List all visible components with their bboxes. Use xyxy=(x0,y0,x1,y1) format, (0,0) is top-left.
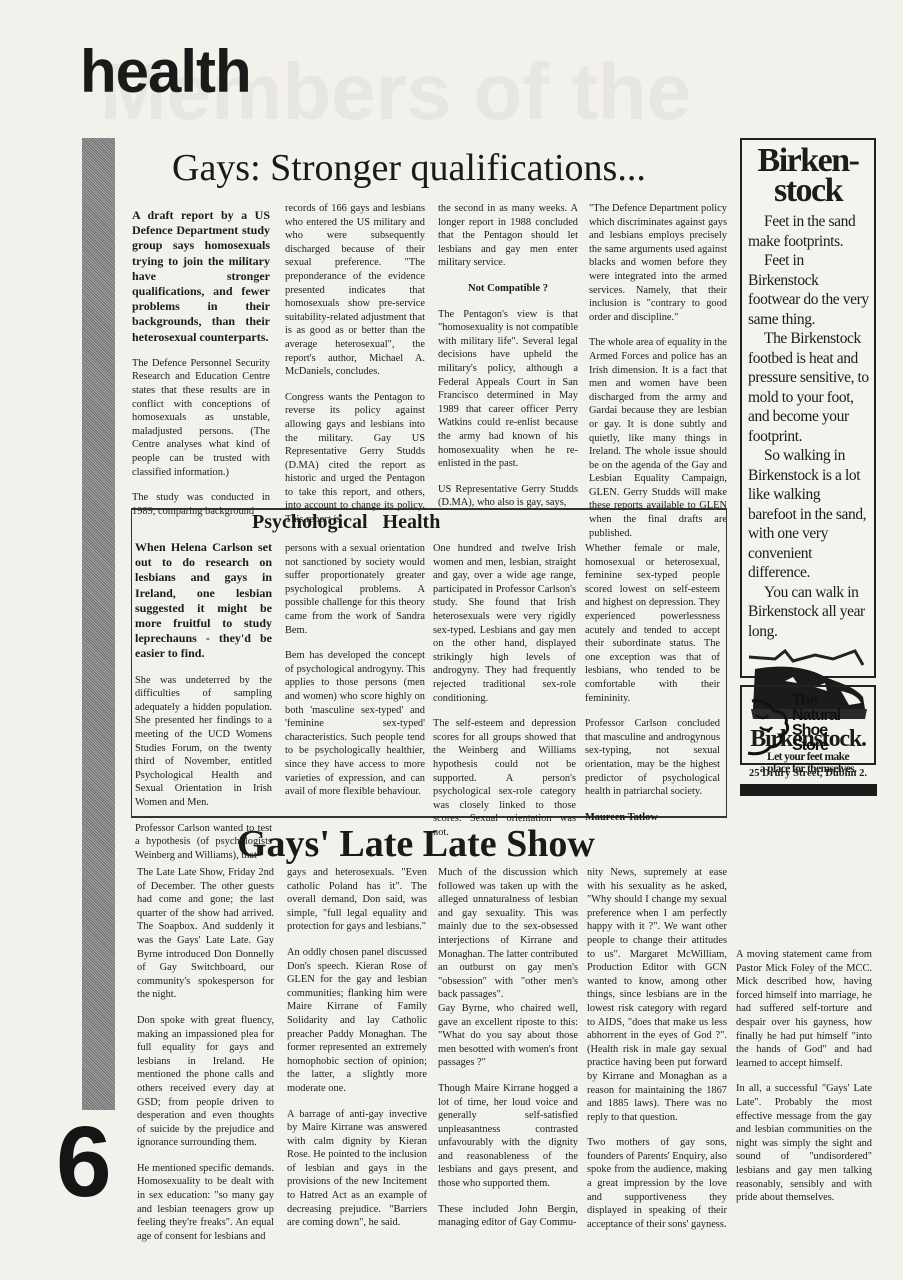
ad-paragraph: So walking in Birkenstock is a lot like … xyxy=(748,446,869,583)
paragraph: An oddly chosen panel discussed Don's sp… xyxy=(287,946,427,1096)
article-show-col-4: nity News, supremely at ease with his se… xyxy=(587,866,727,1243)
paragraph: A moving statement came from Pastor Mick… xyxy=(736,948,872,1070)
paragraph: The Late Late Show, Friday 2nd of Decemb… xyxy=(137,866,274,1002)
foot-face-logo-icon xyxy=(746,697,792,757)
paragraph: He mentioned specific demands. Homosexua… xyxy=(137,1162,274,1244)
paragraph: the second in as many weeks. A longer re… xyxy=(438,202,578,270)
paragraph: Don spoke with great fluency, making an … xyxy=(137,1014,274,1150)
paragraph: gays and heterosexuals. "Even catholic P… xyxy=(287,866,427,934)
article-military-col-3: the second in as many weeks. A longer re… xyxy=(438,202,578,522)
article-headline-late-late-show: Gays' Late Late Show xyxy=(237,822,595,866)
article-headline-psych: Psychological Health xyxy=(252,511,440,534)
article-show-col-3: Much of the discussion which followed wa… xyxy=(438,866,578,1242)
paragraph: US Representative Gerry Studds (D.MA), w… xyxy=(438,483,578,510)
section-label: health xyxy=(80,42,251,102)
paragraph: Though Maire Kirrane hogged a lot of tim… xyxy=(438,1082,578,1191)
article-psych-col-2: persons with a sexual orientation not sa… xyxy=(285,542,425,811)
article-show-col-1: The Late Late Show, Friday 2nd of Decemb… xyxy=(137,866,274,1255)
natural-shoe-store-advertisement: The Natural Shoe Store xyxy=(740,685,876,765)
article-show-col-5: A moving statement came from Pastor Mick… xyxy=(736,948,872,1217)
article-military-col-2: records of 166 gays and lesbians who ent… xyxy=(285,202,425,539)
paragraph: nity News, supremely at ease with his se… xyxy=(587,866,727,1124)
brand-line-2: stock xyxy=(742,176,874,206)
article-headline-military: Gays: Stronger qualifications... xyxy=(172,146,646,190)
ad-brand-logo: Birken- stock xyxy=(742,146,874,206)
shop-name-line: Shoe xyxy=(792,723,840,738)
shop-name-line: Store xyxy=(792,738,840,753)
paragraph: Gay Byrne, who chaired well, gave an exc… xyxy=(438,1002,578,1070)
shop-name: The Natural Shoe Store xyxy=(792,693,840,753)
paragraph: Much of the discussion which followed wa… xyxy=(438,866,578,1002)
article-psych-col-3: One hundred and twelve Irish women and m… xyxy=(433,542,576,851)
paragraph: In all, a successful "Gays' Late Late". … xyxy=(736,1082,872,1204)
paragraph: These included John Bergin, managing edi… xyxy=(438,1203,578,1230)
byline: Maureen Tatlow xyxy=(585,811,720,825)
paragraph: persons with a sexual orientation not sa… xyxy=(285,542,425,637)
paragraph: "The Defence Department policy which dis… xyxy=(589,202,727,324)
article-show-col-2: gays and heterosexuals. "Even catholic P… xyxy=(287,866,427,1242)
paragraph: Two mothers of gay sons, founders of Par… xyxy=(587,1136,727,1231)
article-military-col-4: "The Defence Department policy which dis… xyxy=(589,202,727,552)
paragraph: The Pentagon's view is that "homosexuali… xyxy=(438,308,578,471)
paragraph: Bem has developed the concept of psychol… xyxy=(285,649,425,799)
shop-name-line: Natural xyxy=(792,708,840,723)
decorative-halftone-stripe xyxy=(82,138,115,1110)
paragraph: records of 166 gays and lesbians who ent… xyxy=(285,202,425,379)
paragraph: The Defence Personnel Security Research … xyxy=(132,357,270,479)
article-lead: A draft report by a US Defence Departmen… xyxy=(132,208,270,345)
article-military-col-1: A draft report by a US Defence Departmen… xyxy=(132,208,270,530)
birkenstock-advertisement: Birken- stock Feet in the sand make foot… xyxy=(740,138,876,678)
ad-paragraph: You can walk in Birkenstock all year lon… xyxy=(748,583,869,642)
article-lead: When Helena Carlson set out to do resear… xyxy=(135,540,272,662)
paragraph: Whether female or male, homosexual or he… xyxy=(585,542,720,705)
shop-address: 25 Drury Street, Dublin 2. xyxy=(740,768,876,779)
paragraph: Congress wants the Pentagon to reverse i… xyxy=(285,391,425,527)
shop-name-line: The xyxy=(792,693,840,708)
ad-paragraph: Feet in Birkenstock footwear do the very… xyxy=(748,251,869,329)
page-number: 6 xyxy=(56,1112,112,1212)
ad-paragraph: Feet in the sand make footprints. xyxy=(748,212,869,251)
paragraph: A barrage of anti-gay invective by Maire… xyxy=(287,1108,427,1230)
decorative-black-bar xyxy=(740,784,877,796)
ad-copy: Feet in the sand make footprints. Feet i… xyxy=(742,206,874,641)
ad-paragraph: The Birkenstock footbed is heat and pres… xyxy=(748,329,869,446)
article-psych-col-4: Whether female or male, homosexual or he… xyxy=(585,542,720,836)
paragraph: One hundred and twelve Irish women and m… xyxy=(433,542,576,705)
paragraph: She was undeterred by the difficulties o… xyxy=(135,674,272,810)
subheading: Not Compatible ? xyxy=(438,282,578,296)
paragraph: Professor Carlson concluded that masculi… xyxy=(585,717,720,799)
